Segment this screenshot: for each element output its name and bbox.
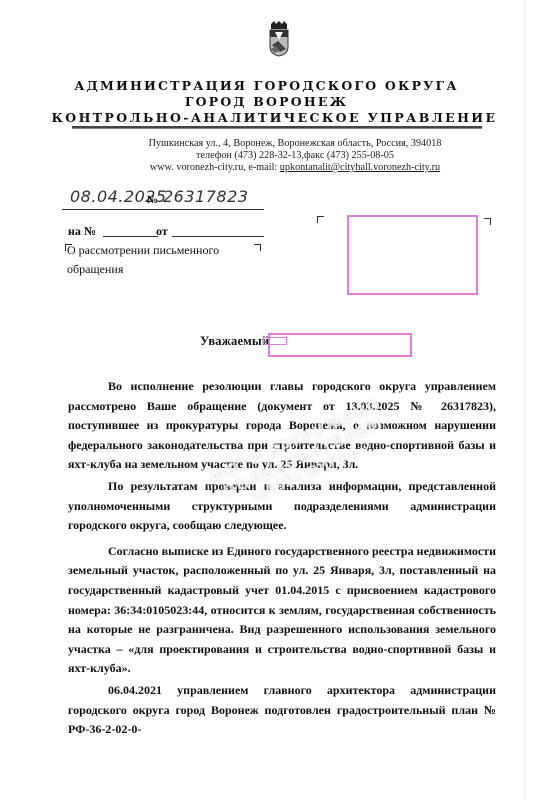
header-divider [72,126,482,129]
addressee-bracket-right [484,218,491,225]
addressee-bracket-left [317,216,324,223]
header-line-2: ГОРОД ВОРОНЕЖ [0,94,533,109]
reference-from-label: от [156,224,168,239]
reference-label: на № [68,224,96,239]
reference-number-line [103,236,158,237]
name-redaction-box [268,333,412,357]
registration-number: 26317823 [163,187,248,206]
contact-phone: телефон (473) 228-32-13,факс (473) 255-0… [90,150,500,162]
contact-email-link[interactable]: upkontanalit@cityhall.voronezh-city.ru [280,162,440,173]
contact-web-prefix: www. voronezh-city.ru, e-mail: [150,162,280,173]
letter-body: Во исполнение резолюции главы городского… [68,377,496,740]
coat-of-arms-icon [268,21,290,57]
paragraph-4: 06.04.2021 управлением главного архитект… [68,681,496,740]
contact-web: www. voronezh-city.ru, e-mail: upkontana… [90,162,500,174]
header-line-1: АДМИНИСТРАЦИЯ ГОРОДСКОГО ОКРУГА [0,78,533,93]
reference-date-line [172,236,264,237]
contact-address: Пушкинская ул., 4, Воронеж, Воронежская … [90,138,500,150]
addressee-redaction-box [347,215,478,295]
subject-line-2: обращения [67,262,123,277]
paragraph-2: По результатам проверки и анализа информ… [68,477,496,536]
paragraph-1: Во исполнение резолюции главы городского… [68,377,496,475]
registration-no-label: № [147,194,158,206]
paragraph-3: Согласно выписке из Единого государствен… [68,542,496,679]
header-line-3: КОНТРОЛЬНО-АНАЛИТИЧЕСКОЕ УПРАВЛЕНИЕ [8,110,533,125]
registration-underline [62,209,264,210]
subject-line-1: О рассмотрении письменного [67,243,219,258]
subject-bracket-right [254,244,261,251]
salutation: Уважаемый [200,334,269,349]
name-redaction-box-small [263,337,287,345]
